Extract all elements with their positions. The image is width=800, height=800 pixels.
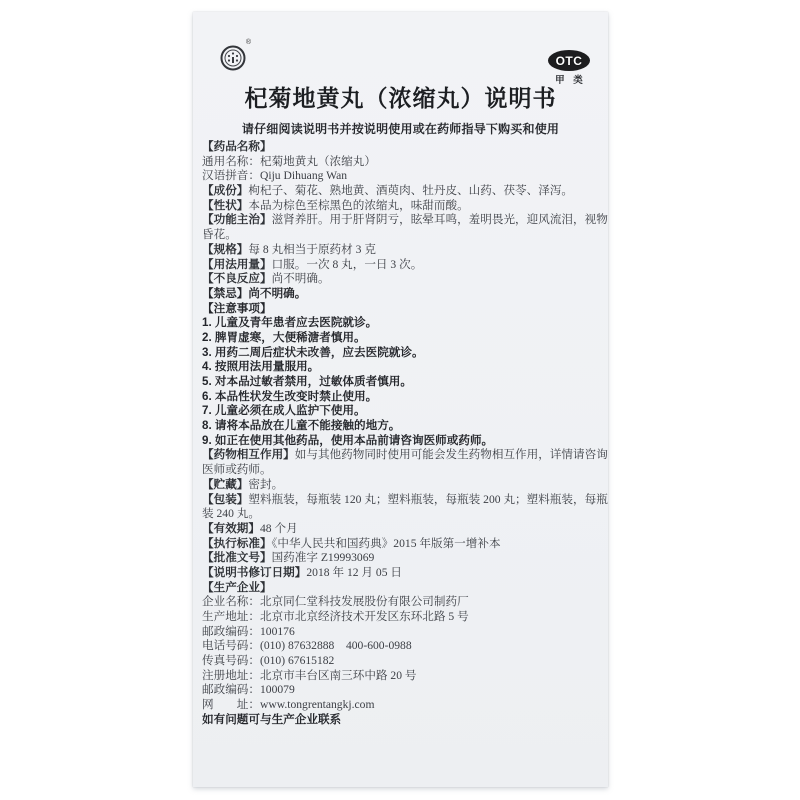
field-label: 【注意事项】	[202, 302, 272, 315]
document-line: 企业名称：北京同仁堂科技发展股份有限公司制药厂	[202, 595, 604, 610]
field-text: 医师或药师。	[202, 463, 272, 476]
field-text: 密封。	[248, 478, 283, 491]
field-text: 7. 儿童必须在成人监护下使用。	[202, 404, 366, 417]
field-text: 尚不明确。	[248, 287, 306, 300]
field-text: 邮政编码：100176	[202, 625, 295, 638]
field-text: 5. 对本品过敏者禁用，过敏体质者慎用。	[202, 375, 412, 388]
otc-badge-label: OTC	[556, 54, 583, 68]
field-label: 【说明书修订日期】	[202, 566, 306, 579]
document-line: 传真号码：(010) 67615182	[202, 654, 604, 669]
document-line: 通用名称：杞菊地黄丸（浓缩丸）	[202, 155, 604, 170]
field-label: 【执行标准】	[202, 537, 272, 550]
document-line: 【有效期】48 个月	[202, 522, 604, 537]
document-line: 【批准文号】国药准字 Z19993069	[202, 551, 604, 566]
field-text: 电话号码：(010) 87632888 400-600-0988	[202, 639, 412, 652]
document-lines: 【药品名称】通用名称：杞菊地黄丸（浓缩丸）汉语拼音：Qiju Dihuang W…	[202, 140, 604, 728]
field-label: 【不良反应】	[202, 272, 272, 285]
field-text: 国药准字 Z19993069	[272, 551, 375, 564]
document-line: 6. 本品性状发生改变时禁止使用。	[202, 390, 604, 405]
document-line: 【药品名称】	[202, 140, 604, 155]
document-line: 【性状】本品为棕色至棕黑色的浓缩丸，味甜而酸。	[202, 199, 604, 214]
field-text: 6. 本品性状发生改变时禁止使用。	[202, 390, 377, 403]
leaflet-paper: ® OTC 甲 类 杞菊地黄丸（浓缩丸）说明书 请仔细阅读说明书并按说明使用或在…	[193, 12, 608, 787]
field-label: 【成份】	[202, 184, 248, 197]
field-text: 网 址：www.tongrentangkj.com	[202, 698, 375, 711]
field-label: 【性状】	[202, 199, 248, 212]
field-text: 尚不明确。	[272, 272, 330, 285]
field-text: 传真号码：(010) 67615182	[202, 654, 334, 667]
field-text: 如与其他药物同时使用可能会发生药物相互作用，详情请咨询	[295, 448, 608, 461]
field-text: 昏花。	[202, 228, 237, 241]
document-line: 【不良反应】尚不明确。	[202, 272, 604, 287]
field-label: 【生产企业】	[202, 581, 272, 594]
document-line: 【说明书修订日期】2018 年 12 月 05 日	[202, 566, 604, 581]
field-text: 装 240 丸。	[202, 507, 260, 520]
field-text: 每 8 丸相当于原药材 3 克	[248, 243, 376, 256]
document-line: 3. 用药二周后症状未改善，应去医院就诊。	[202, 346, 604, 361]
document-line: 汉语拼音：Qiju Dihuang Wan	[202, 169, 604, 184]
document-line: 5. 对本品过敏者禁用，过敏体质者慎用。	[202, 375, 604, 390]
field-text: 口服。一次 8 丸，一日 3 次。	[272, 258, 423, 271]
otc-marking: OTC 甲 类	[548, 50, 590, 86]
field-text: 生产地址：北京市北京经济技术开发区东环北路 5 号	[202, 610, 469, 623]
field-text: 滋肾养肝。用于肝肾阴亏，眩晕耳鸣，羞明畏光，迎风流泪，视物	[272, 213, 608, 226]
field-text: 《中华人民共和国药典》2015 年版第一增补本	[272, 537, 501, 550]
document-line: 电话号码：(010) 87632888 400-600-0988	[202, 639, 604, 654]
document-line: 【包装】塑料瓶装，每瓶装 120 丸；塑料瓶装，每瓶装 200 丸；塑料瓶装，每…	[202, 493, 604, 508]
document-line: 【成份】枸杞子、菊花、熟地黄、酒萸肉、牡丹皮、山药、茯苓、泽泻。	[202, 184, 604, 199]
document-line: 如有问题可与生产企业联系	[202, 713, 604, 728]
leaflet-title: 杞菊地黄丸（浓缩丸）说明书	[193, 80, 608, 113]
document-line: 昏花。	[202, 228, 604, 243]
document-line: 【规格】每 8 丸相当于原药材 3 克	[202, 243, 604, 258]
field-label: 【用法用量】	[202, 258, 272, 271]
field-label: 【贮藏】	[202, 478, 248, 491]
field-label: 【包装】	[202, 493, 248, 506]
field-text: 通用名称：杞菊地黄丸（浓缩丸）	[202, 155, 376, 168]
field-label: 【批准文号】	[202, 551, 272, 564]
tongrentang-seal-icon: ®	[219, 42, 249, 72]
field-label: 【药品名称】	[202, 140, 272, 153]
document-line: 【禁忌】尚不明确。	[202, 287, 604, 302]
document-line: 邮政编码：100079	[202, 683, 604, 698]
field-text: 8. 请将本品放在儿童不能接触的地方。	[202, 419, 400, 432]
document-line: 装 240 丸。	[202, 507, 604, 522]
leaflet-subtitle: 请仔细阅读说明书并按说明使用或在药师指导下购买和使用	[193, 120, 608, 137]
registered-trademark-mark: ®	[246, 39, 251, 46]
field-text: 汉语拼音：Qiju Dihuang Wan	[202, 169, 347, 182]
document-line: 医师或药师。	[202, 463, 604, 478]
document-line: 注册地址：北京市丰台区南三环中路 20 号	[202, 669, 604, 684]
document-line: 8. 请将本品放在儿童不能接触的地方。	[202, 419, 604, 434]
field-text: 9. 如正在使用其他药品，使用本品前请咨询医师或药师。	[202, 434, 493, 447]
field-text: 塑料瓶装，每瓶装 120 丸；塑料瓶装，每瓶装 200 丸；塑料瓶装，每瓶	[248, 493, 607, 506]
field-text: 2. 脾胃虚寒，大便稀溏者慎用。	[202, 331, 366, 344]
field-text: 注册地址：北京市丰台区南三环中路 20 号	[202, 669, 417, 682]
field-text: 48 个月	[260, 522, 298, 535]
document-line: 7. 儿童必须在成人监护下使用。	[202, 404, 604, 419]
field-label: 【规格】	[202, 243, 248, 256]
field-label: 【药物相互作用】	[202, 448, 295, 461]
field-text: 3. 用药二周后症状未改善，应去医院就诊。	[202, 346, 424, 359]
document-line: 4. 按照用法用量服用。	[202, 360, 604, 375]
field-text: 2018 年 12 月 05 日	[306, 566, 402, 579]
document-line: 【注意事项】	[202, 302, 604, 317]
document-line: 【功能主治】滋肾养肝。用于肝肾阴亏，眩晕耳鸣，羞明畏光，迎风流泪，视物	[202, 213, 604, 228]
otc-class-label: 甲 类	[548, 72, 590, 86]
document-line: 邮政编码：100176	[202, 625, 604, 640]
field-text: 1. 儿童及青年患者应去医院就诊。	[202, 316, 377, 329]
field-text: 企业名称：北京同仁堂科技发展股份有限公司制药厂	[202, 595, 469, 608]
field-text: 4. 按照用法用量服用。	[202, 360, 319, 373]
document-line: 9. 如正在使用其他药品，使用本品前请咨询医师或药师。	[202, 434, 604, 449]
document-line: 网 址：www.tongrentangkj.com	[202, 698, 604, 713]
document-line: 【贮藏】密封。	[202, 478, 604, 493]
document-line: 【药物相互作用】如与其他药物同时使用可能会发生药物相互作用，详情请咨询	[202, 448, 604, 463]
field-label: 【功能主治】	[202, 213, 272, 226]
document-line: 【用法用量】口服。一次 8 丸，一日 3 次。	[202, 258, 604, 273]
field-label: 【有效期】	[202, 522, 260, 535]
field-text: 枸杞子、菊花、熟地黄、酒萸肉、牡丹皮、山药、茯苓、泽泻。	[248, 184, 573, 197]
field-text: 本品为棕色至棕黑色的浓缩丸，味甜而酸。	[248, 199, 468, 212]
field-text: 如有问题可与生产企业联系	[202, 713, 341, 726]
document-line: 1. 儿童及青年患者应去医院就诊。	[202, 316, 604, 331]
seal-graphic	[219, 42, 249, 72]
field-label: 【禁忌】	[202, 287, 248, 300]
document-line: 【生产企业】	[202, 581, 604, 596]
otc-badge: OTC	[548, 50, 590, 71]
document-line: 生产地址：北京市北京经济技术开发区东环北路 5 号	[202, 610, 604, 625]
document-line: 【执行标准】《中华人民共和国药典》2015 年版第一增补本	[202, 537, 604, 552]
field-text: 邮政编码：100079	[202, 683, 295, 696]
document-line: 2. 脾胃虚寒，大便稀溏者慎用。	[202, 331, 604, 346]
